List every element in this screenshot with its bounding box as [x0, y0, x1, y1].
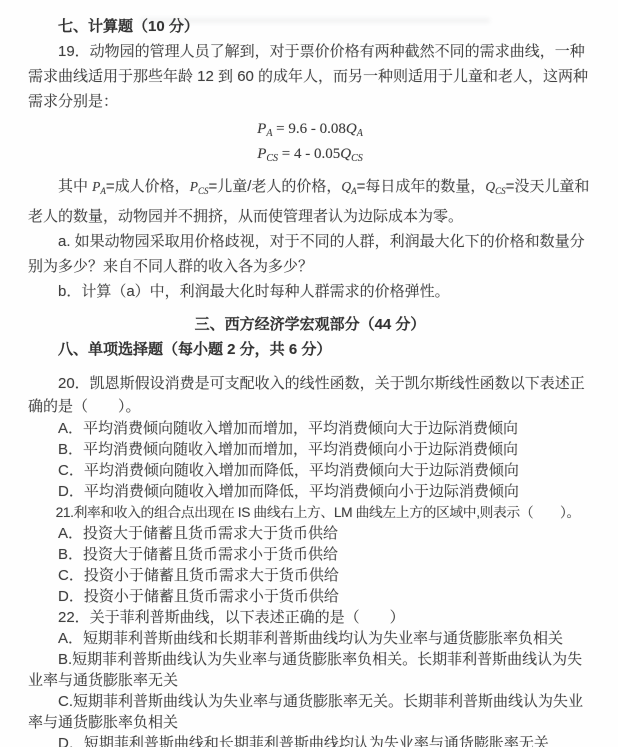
question-21-option-b: B．投资大于储蓄且货币需求小于货币供给: [28, 544, 592, 565]
formula-expression: = 9.6 - 0.08: [272, 121, 345, 137]
formula-expression: = 4 - 0.05: [278, 146, 340, 162]
variable-pcs: P: [190, 179, 198, 194]
variable-qcs: Q: [485, 179, 495, 194]
section-heading-single-choice: 八、单项选择题（每小题 2 分，共 6 分）: [28, 337, 592, 362]
formula-variable: P: [257, 146, 266, 162]
section-heading-macro: 三、西方经济学宏观部分（44 分）: [28, 312, 592, 337]
question-22-option-c: C.短期菲利普斯曲线认为失业率与通货膨胀率无关。长期菲利普斯曲线认为失业率与通货…: [28, 691, 592, 733]
formula-subscript: A: [357, 128, 363, 139]
question-22-option-a: A．短期菲利普斯曲线和长期菲利普斯曲线均认为失业率与通货膨胀率负相关: [28, 628, 592, 649]
question-21-stem: 21.利率和收入的组合点出现在 IS 曲线右上方、LM 曲线左上方的区域中,则表…: [28, 502, 618, 523]
question-21-option-c: C．投资小于储蓄且货币需求大于货币供给: [28, 565, 592, 586]
scan-artifact: [140, 18, 490, 23]
question-22-option-b: B.短期菲利普斯曲线认为失业率与通货膨胀率负相关。长期菲利普斯曲线认为失业率与通…: [28, 649, 592, 691]
question-20-option-d: D．平均消费倾向随收入增加而降低，平均消费倾向小于边际消费倾向: [28, 481, 592, 502]
question-19-part-a: a. 如果动物园采取用价格歧视，对于不同的人群，利润最大化下的价格和数量分别为多…: [28, 229, 592, 279]
question-20-stem: 20．凯恩斯假设消费是可支配收入的线性函数，关于凯尔斯线性函数以下表述正确的是（…: [28, 372, 592, 418]
variable-pcs-subscript: CS: [198, 186, 209, 196]
formula-children-senior-demand: PCS = 4 - 0.05QCS: [28, 144, 592, 169]
formula-variable: Q: [340, 146, 351, 162]
formula-variable: Q: [346, 121, 357, 137]
variable-qcs-subscript: CS: [495, 186, 506, 196]
formula-adult-demand: PA = 9.6 - 0.08QA: [28, 119, 592, 144]
question-22-stem: 22．关于菲利普斯曲线，以下表述正确的是（ ）: [28, 607, 592, 628]
variable-qa: Q: [341, 179, 351, 194]
question-20-option-b: B．平均消费倾向随收入增加而增加，平均消费倾向小于边际消费倾向: [28, 439, 592, 460]
question-19-definitions: 其中 PA=成人价格，PCS=儿童/老人的价格，QA=每日成年的数量，QCS=没…: [28, 174, 592, 229]
formula-subscript: CS: [266, 153, 278, 164]
question-22-option-d: D．短期菲利普斯曲线和长期菲利普斯曲线均认为失业率与通货膨胀率无关: [28, 733, 592, 747]
question-19-stem: 19．动物园的管理人员了解到，对于票价价格有两种截然不同的需求曲线，一种需求曲线…: [28, 39, 592, 114]
formula-variable: P: [257, 121, 266, 137]
question-21-option-d: D．投资小于储蓄且货币需求小于货币供给: [28, 586, 592, 607]
document-page: 七、计算题（10 分） 19．动物园的管理人员了解到，对于票价价格有两种截然不同…: [0, 0, 618, 747]
question-21-option-a: A．投资大于储蓄且货币需求大于货币供给: [28, 523, 592, 544]
question-19-part-b: b．计算（a）中，利润最大化时每种人群需求的价格弹性。: [28, 279, 592, 304]
formula-block: PA = 9.6 - 0.08QA PCS = 4 - 0.05QCS: [28, 119, 592, 169]
question-20-option-c: C．平均消费倾向随收入增加而降低，平均消费倾向大于边际消费倾向: [28, 460, 592, 481]
question-20-option-a: A．平均消费倾向随收入增加而增加，平均消费倾向大于边际消费倾向: [28, 418, 592, 439]
definitions-text: 其中: [58, 178, 92, 195]
definitions-text: =每日成年的数量，: [357, 178, 486, 195]
definitions-text: =儿童/老人的价格，: [208, 178, 341, 195]
definitions-text: =成人价格，: [106, 178, 190, 195]
formula-subscript: CS: [351, 153, 363, 164]
